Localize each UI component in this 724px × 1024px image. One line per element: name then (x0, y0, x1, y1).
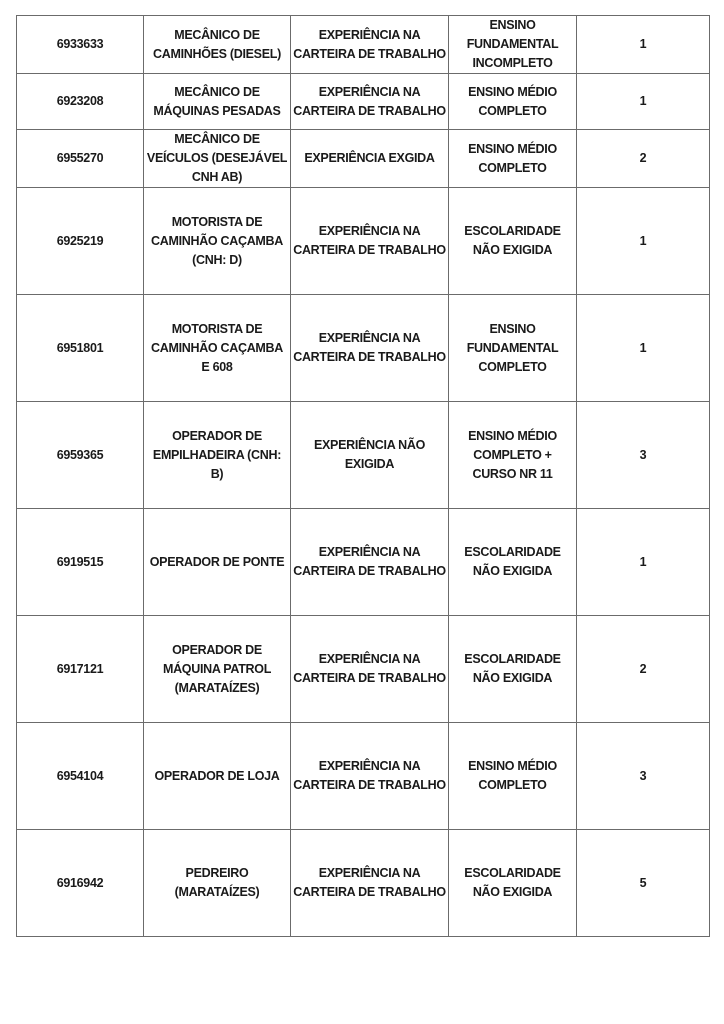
job-title-cell-line: OPERADOR DE PONTE (145, 553, 289, 572)
job-title-cell-line: MECÂNICO DE (145, 130, 289, 149)
table-row: 6916942PEDREIRO(MARATAÍZES)EXPERIÊNCIA N… (17, 830, 710, 937)
experience-requirement-cell-line: EXPERIÊNCIA NA (292, 26, 447, 45)
vacancy-count-cell: 1 (577, 74, 710, 130)
education-requirement-cell-line: COMPLETO (450, 776, 575, 795)
table-row: 6951801MOTORISTA DECAMINHÃO CAÇAMBAE 608… (17, 295, 710, 402)
job-title-cell-line: CAMINHÃO CAÇAMBA (145, 232, 289, 251)
education-requirement-cell-line: ENSINO MÉDIO (450, 83, 575, 102)
education-requirement-cell: ENSINO MÉDIOCOMPLETO (449, 74, 577, 130)
vacancy-code-cell: 6955270 (17, 130, 144, 188)
job-title-cell-line: B) (145, 465, 289, 484)
vacancy-code-cell: 6925219 (17, 188, 144, 295)
experience-requirement-cell-line: EXIGIDA (292, 455, 447, 474)
education-requirement-cell-line: NÃO EXIGIDA (450, 883, 575, 902)
table-row: 6954104OPERADOR DE LOJAEXPERIÊNCIA NACAR… (17, 723, 710, 830)
experience-requirement-cell-line: CARTEIRA DE TRABALHO (292, 776, 447, 795)
experience-requirement-cell-line: CARTEIRA DE TRABALHO (292, 241, 447, 260)
experience-requirement-cell: EXPERIÊNCIA NACARTEIRA DE TRABALHO (291, 616, 449, 723)
vacancy-code-cell: 6954104 (17, 723, 144, 830)
education-requirement-cell-line: ENSINO (450, 320, 575, 339)
education-requirement-cell-line: INCOMPLETO (450, 54, 575, 73)
experience-requirement-cell-line: CARTEIRA DE TRABALHO (292, 102, 447, 121)
vacancy-code-cell: 6916942 (17, 830, 144, 937)
job-title-cell-line: (MARATAÍZES) (145, 883, 289, 902)
job-title-cell: MOTORISTA DECAMINHÃO CAÇAMBAE 608 (144, 295, 291, 402)
job-title-cell-line: CAMINHÃO CAÇAMBA (145, 339, 289, 358)
education-requirement-cell-line: ENSINO MÉDIO (450, 427, 575, 446)
education-requirement-cell-line: COMPLETO (450, 102, 575, 121)
experience-requirement-cell: EXPERIÊNCIA EXGIDA (291, 130, 449, 188)
education-requirement-cell: ENSINO MÉDIOCOMPLETO +CURSO NR 11 (449, 402, 577, 509)
experience-requirement-cell-line: CARTEIRA DE TRABALHO (292, 562, 447, 581)
table-row: 6925219MOTORISTA DECAMINHÃO CAÇAMBA(CNH:… (17, 188, 710, 295)
vacancy-code-cell: 6959365 (17, 402, 144, 509)
experience-requirement-cell-line: EXPERIÊNCIA NA (292, 650, 447, 669)
table-row: 6919515OPERADOR DE PONTEEXPERIÊNCIA NACA… (17, 509, 710, 616)
job-title-cell-line: PEDREIRO (145, 864, 289, 883)
experience-requirement-cell-line: EXPERIÊNCIA NA (292, 864, 447, 883)
experience-requirement-cell-line: EXPERIÊNCIA NA (292, 329, 447, 348)
education-requirement-cell-line: ENSINO (450, 16, 575, 35)
job-title-cell: PEDREIRO(MARATAÍZES) (144, 830, 291, 937)
vacancy-count-cell: 2 (577, 616, 710, 723)
vacancy-count-cell: 3 (577, 723, 710, 830)
table-row: 6955270MECÂNICO DEVEÍCULOS (DESEJÁVELCNH… (17, 130, 710, 188)
vacancy-count-cell: 1 (577, 16, 710, 74)
experience-requirement-cell-line: CARTEIRA DE TRABALHO (292, 883, 447, 902)
education-requirement-cell: ESCOLARIDADENÃO EXIGIDA (449, 830, 577, 937)
experience-requirement-cell-line: EXPERIÊNCIA NÃO (292, 436, 447, 455)
experience-requirement-cell: EXPERIÊNCIA NACARTEIRA DE TRABALHO (291, 830, 449, 937)
education-requirement-cell: ENSINO MÉDIOCOMPLETO (449, 130, 577, 188)
table-row: 6959365OPERADOR DEEMPILHADEIRA (CNH:B)EX… (17, 402, 710, 509)
education-requirement-cell-line: NÃO EXIGIDA (450, 562, 575, 581)
education-requirement-cell-line: FUNDAMENTAL (450, 339, 575, 358)
table-row: 6923208MECÂNICO DEMÁQUINAS PESADASEXPERI… (17, 74, 710, 130)
education-requirement-cell-line: NÃO EXIGIDA (450, 241, 575, 260)
education-requirement-cell-line: COMPLETO (450, 159, 575, 178)
education-requirement-cell: ENSINOFUNDAMENTALINCOMPLETO (449, 16, 577, 74)
job-title-cell-line: OPERADOR DE (145, 641, 289, 660)
education-requirement-cell-line: ENSINO MÉDIO (450, 140, 575, 159)
education-requirement-cell-line: ESCOLARIDADE (450, 650, 575, 669)
job-title-cell-line: OPERADOR DE LOJA (145, 767, 289, 786)
experience-requirement-cell: EXPERIÊNCIA NACARTEIRA DE TRABALHO (291, 188, 449, 295)
vacancy-count-cell: 1 (577, 295, 710, 402)
experience-requirement-cell: EXPERIÊNCIA NACARTEIRA DE TRABALHO (291, 723, 449, 830)
education-requirement-cell-line: COMPLETO (450, 358, 575, 377)
experience-requirement-cell-line: CARTEIRA DE TRABALHO (292, 669, 447, 688)
education-requirement-cell-line: CURSO NR 11 (450, 465, 575, 484)
education-requirement-cell-line: ESCOLARIDADE (450, 543, 575, 562)
vacancy-code-cell: 6933633 (17, 16, 144, 74)
experience-requirement-cell-line: EXPERIÊNCIA NA (292, 757, 447, 776)
job-title-cell: MECÂNICO DEMÁQUINAS PESADAS (144, 74, 291, 130)
job-title-cell-line: MECÂNICO DE (145, 83, 289, 102)
vacancy-count-cell: 1 (577, 188, 710, 295)
experience-requirement-cell: EXPERIÊNCIA NÃOEXIGIDA (291, 402, 449, 509)
experience-requirement-cell-line: EXPERIÊNCIA NA (292, 83, 447, 102)
job-title-cell: OPERADOR DE PONTE (144, 509, 291, 616)
education-requirement-cell-line: ENSINO MÉDIO (450, 757, 575, 776)
vacancy-code-cell: 6923208 (17, 74, 144, 130)
job-title-cell-line: MECÂNICO DE (145, 26, 289, 45)
job-title-cell-line: (MARATAÍZES) (145, 679, 289, 698)
vacancy-count-cell: 5 (577, 830, 710, 937)
job-title-cell-line: EMPILHADEIRA (CNH: (145, 446, 289, 465)
job-title-cell-line: CAMINHÕES (DIESEL) (145, 45, 289, 64)
experience-requirement-cell-line: CARTEIRA DE TRABALHO (292, 45, 447, 64)
experience-requirement-cell: EXPERIÊNCIA NACARTEIRA DE TRABALHO (291, 509, 449, 616)
job-title-cell: OPERADOR DE LOJA (144, 723, 291, 830)
job-title-cell-line: OPERADOR DE (145, 427, 289, 446)
education-requirement-cell-line: COMPLETO + (450, 446, 575, 465)
job-title-cell-line: MOTORISTA DE (145, 320, 289, 339)
experience-requirement-cell-line: CARTEIRA DE TRABALHO (292, 348, 447, 367)
table-row: 6933633MECÂNICO DECAMINHÕES (DIESEL)EXPE… (17, 16, 710, 74)
education-requirement-cell-line: ESCOLARIDADE (450, 864, 575, 883)
education-requirement-cell-line: ESCOLARIDADE (450, 222, 575, 241)
job-title-cell: MECÂNICO DECAMINHÕES (DIESEL) (144, 16, 291, 74)
job-title-cell: OPERADOR DEMÁQUINA PATROL(MARATAÍZES) (144, 616, 291, 723)
experience-requirement-cell-line: EXPERIÊNCIA EXGIDA (292, 149, 447, 168)
experience-requirement-cell: EXPERIÊNCIA NACARTEIRA DE TRABALHO (291, 74, 449, 130)
education-requirement-cell: ENSINO MÉDIOCOMPLETO (449, 723, 577, 830)
job-title-cell-line: (CNH: D) (145, 251, 289, 270)
job-title-cell-line: MÁQUINA PATROL (145, 660, 289, 679)
experience-requirement-cell-line: EXPERIÊNCIA NA (292, 543, 447, 562)
vacancy-count-cell: 2 (577, 130, 710, 188)
experience-requirement-cell: EXPERIÊNCIA NACARTEIRA DE TRABALHO (291, 16, 449, 74)
education-requirement-cell: ESCOLARIDADENÃO EXIGIDA (449, 616, 577, 723)
education-requirement-cell-line: FUNDAMENTAL (450, 35, 575, 54)
experience-requirement-cell-line: EXPERIÊNCIA NA (292, 222, 447, 241)
job-vacancies-table: 6933633MECÂNICO DECAMINHÕES (DIESEL)EXPE… (16, 15, 710, 937)
vacancy-code-cell: 6917121 (17, 616, 144, 723)
job-title-cell: OPERADOR DEEMPILHADEIRA (CNH:B) (144, 402, 291, 509)
job-title-cell-line: MOTORISTA DE (145, 213, 289, 232)
vacancy-count-cell: 3 (577, 402, 710, 509)
education-requirement-cell: ESCOLARIDADENÃO EXIGIDA (449, 509, 577, 616)
job-title-cell-line: CNH AB) (145, 168, 289, 187)
job-title-cell-line: MÁQUINAS PESADAS (145, 102, 289, 121)
education-requirement-cell: ESCOLARIDADENÃO EXIGIDA (449, 188, 577, 295)
job-title-cell: MECÂNICO DEVEÍCULOS (DESEJÁVELCNH AB) (144, 130, 291, 188)
job-title-cell-line: E 608 (145, 358, 289, 377)
job-title-cell: MOTORISTA DECAMINHÃO CAÇAMBA(CNH: D) (144, 188, 291, 295)
experience-requirement-cell: EXPERIÊNCIA NACARTEIRA DE TRABALHO (291, 295, 449, 402)
table-row: 6917121OPERADOR DEMÁQUINA PATROL(MARATAÍ… (17, 616, 710, 723)
education-requirement-cell: ENSINOFUNDAMENTALCOMPLETO (449, 295, 577, 402)
job-vacancies-table-body: 6933633MECÂNICO DECAMINHÕES (DIESEL)EXPE… (17, 16, 710, 937)
vacancy-code-cell: 6919515 (17, 509, 144, 616)
job-title-cell-line: VEÍCULOS (DESEJÁVEL (145, 149, 289, 168)
education-requirement-cell-line: NÃO EXIGIDA (450, 669, 575, 688)
vacancy-code-cell: 6951801 (17, 295, 144, 402)
vacancy-count-cell: 1 (577, 509, 710, 616)
